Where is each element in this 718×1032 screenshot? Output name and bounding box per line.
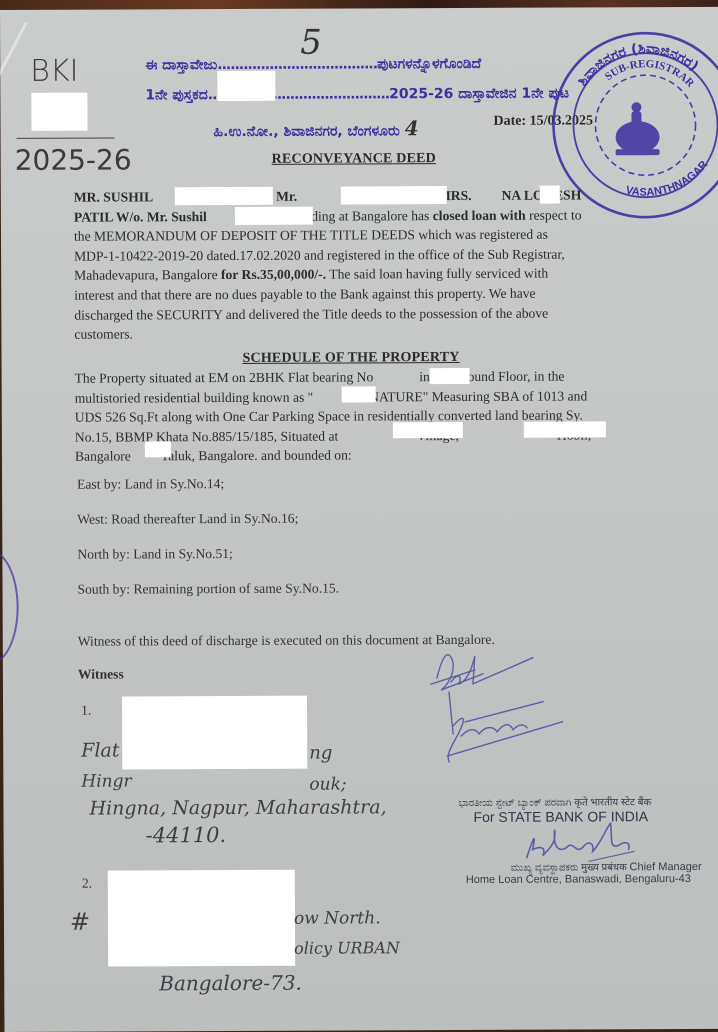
customers-line: customers. — [74, 322, 656, 344]
redaction-box — [175, 187, 273, 205]
location-text: Mahadevapura, Bangalore — [74, 267, 218, 283]
kn-line1-prefix: ಈ ದಾಸ್ತಾವೇಜು — [145, 57, 217, 73]
witness2-addr-3: Bangalore-73. — [159, 971, 302, 996]
witness2-addr-1: ow North. — [294, 908, 381, 928]
schedule-l4a: No.15, BBMP Khata No.885/15/185, Situate… — [75, 428, 339, 444]
paragraph-parties: MR. SUSHILS/o. Mr.AND MRS.NA LOKESH PATI… — [74, 185, 657, 344]
loan-amount: for Rs.35,00,000/-. — [221, 267, 326, 282]
witness1-addr-3: Hingna, Nagpur, Maharashtra, — [89, 796, 386, 819]
witness1-number: 1. — [81, 703, 91, 719]
bank-multilingual-line: ಭಾರತೀಯ ಸ್ಟೇಟ್ ಬ್ಯಾಂಕ್ ಪರವಾಗಿ कृते भारतीय… — [458, 794, 651, 809]
witness1-addr-1b: ng — [309, 743, 332, 764]
party1-name: MR. SUSHIL — [74, 189, 153, 204]
emblem-icon — [615, 102, 659, 155]
handwritten-code: BKI — [30, 54, 78, 89]
witness-label: Witness — [78, 666, 124, 682]
mdp-line: MDP-1-10422-2019-20 dated.17.02.2020 and… — [74, 244, 656, 266]
bank-address: Home Loan Centre, Banaswadi, Bengaluru-4… — [466, 873, 691, 886]
deed-title: RECONVEYANCE DEED — [272, 151, 436, 168]
redaction-box — [108, 870, 295, 967]
boundary-west: West: Road thereafter Land in Sy.No.16; — [77, 511, 298, 528]
partial-stamp-left — [0, 550, 19, 664]
boundary-north: North by: Land in Sy.No.51; — [77, 546, 233, 563]
kannada-header-line2: 1ನೇ ಪುಸ್ತಕದ.............................… — [145, 86, 569, 104]
handwritten-page-count: 5 — [300, 23, 322, 63]
discharged-line: discharged the SECURITY and delivered th… — [74, 303, 656, 325]
customer-signatures — [423, 644, 564, 775]
handwritten-mark: 4 — [405, 116, 419, 140]
schedule-l5b: Taluk, Bangalore. and bounded on: — [161, 448, 352, 464]
redaction-box — [217, 71, 275, 101]
witness1-addr-2a: Hingr — [81, 771, 131, 791]
handwritten-underline — [17, 138, 115, 139]
witness1-addr-1a: Flat — [81, 739, 119, 761]
designation: Chief Manager — [630, 861, 702, 873]
kn-line2-suffix: 2025-26 ದಾಸ್ತಾವೇಜಿನ 1ನೇ ಪುಟ — [389, 86, 569, 103]
boundary-east: East by: Land in Sy.No.14; — [77, 476, 224, 493]
witness2-hash: # — [70, 908, 90, 936]
boundary-south: South by: Remaining portion of same Sy.N… — [77, 581, 339, 598]
redaction-box — [430, 368, 470, 384]
serviced-text: The said loan having fully serviced with — [329, 266, 548, 282]
witness2-number: 2. — [82, 876, 92, 892]
kn-line3: ಹಿ.ಉ.ನೋ., ಶಿವಾಜಿನಗರ, ಬೆಂಗಳೂರು — [213, 123, 399, 140]
schedule-l2b: SIGNATURE" Measuring SBA of 1013 and — [347, 388, 587, 404]
kn-line1-suffix: ಪುಟಗಳನ್ನೊಳಗೊಂಡಿದೆ — [377, 56, 481, 72]
kannada-header-line3: ಹಿ.ಉ.ನೋ., ಶಿವಾಜಿನಗರ, ಬೆಂಗಳೂರು 4 — [213, 116, 418, 141]
witness2-addr-2: olicy URBAN — [294, 938, 400, 957]
respect-text: respect to — [529, 207, 582, 222]
redaction-box — [341, 186, 447, 204]
kn-line2-prefix: 1ನೇ ಪುಸ್ತಕದ — [145, 87, 207, 103]
deed-page: BKI 2025-26 ಈ ದಾಸ್ತಾವೇಜು................… — [0, 7, 718, 1032]
memorandum-line: the MEMORANDUM OF DEPOSIT OF THE TITLE D… — [74, 224, 656, 246]
witness1-addr-2b: ouk; — [309, 774, 346, 794]
closed-loan-text: closed loan with — [433, 207, 526, 222]
handwritten-year: 2025-26 — [15, 143, 132, 177]
no-dues-line: interest and that there are no dues paya… — [74, 283, 656, 305]
redaction-box — [540, 186, 560, 204]
redaction-box — [342, 386, 376, 402]
redaction-box — [31, 93, 87, 131]
schedule-l1a: The Property situated at EM on 2BHK Flat… — [75, 369, 374, 385]
witness1-pincode: -44110. — [146, 823, 227, 847]
redaction-box — [122, 696, 307, 770]
redaction-box — [524, 421, 606, 437]
redaction-box — [145, 441, 171, 457]
schedule-title: SCHEDULE OF THE PROPERTY — [242, 350, 459, 367]
schedule-l2a: multistoried residential building known … — [75, 389, 314, 405]
party2-line: PATIL W/o. Mr. Sushil — [74, 209, 207, 225]
paper-fold — [0, 22, 28, 103]
redaction-box — [235, 207, 313, 225]
designation-line: ಮುಖ್ಯ ವ್ಯವಸ್ಥಾಪಕರು मुख्य प्रबंधक Chief M… — [511, 859, 702, 874]
schedule-l5a: Bangalore — [75, 449, 131, 464]
redaction-box — [393, 422, 463, 438]
designation-local: ಮುಖ್ಯ ವ್ಯವಸ್ಥಾಪಕರು मुख्य प्रबंधक — [511, 862, 627, 874]
